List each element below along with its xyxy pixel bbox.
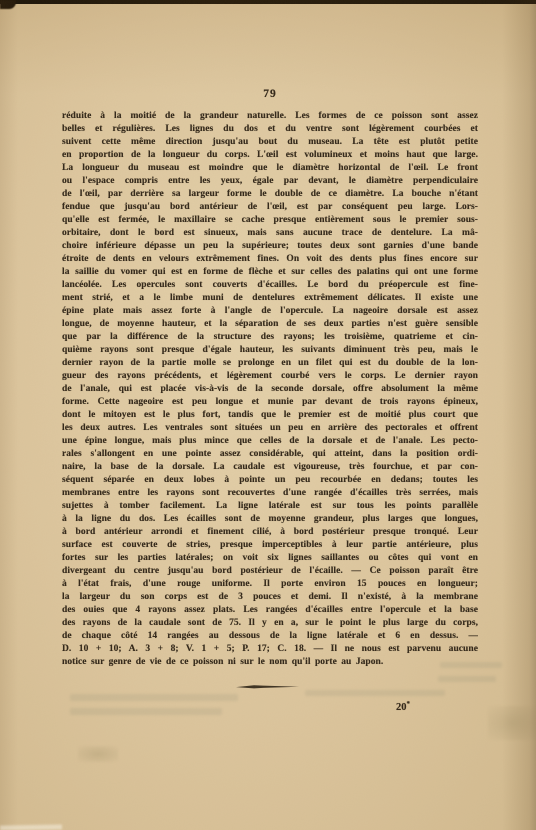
book-page-scan: 79 réduite à la moitié de la grandeur na… [0,0,536,830]
scan-edge-top [0,0,536,4]
text-line: La longueur du museau est moindre que le… [62,162,478,175]
text-line: séquent séparée en deux lobes à pointe u… [62,474,478,487]
text-line: choire inférieure dépasse un peu la supé… [62,240,478,253]
signature-number: 20 [396,702,407,713]
text-line: fortes sur les parties latérales; on voi… [62,552,478,565]
scan-edge-corner [0,0,16,9]
text-line: quième rayons sont presque d'égale haute… [62,344,478,357]
signature-asterisk: * [407,700,411,708]
text-line: de l'œil, par derrière sa largeur forme … [62,188,478,201]
text-line: la largeur du son corps est de 3 pouces … [62,591,478,604]
text-line: les deux autres. Les ventrales sont situ… [62,422,478,435]
text-line: notice sur genre de vie de ce poisson ni… [62,656,478,669]
page-number: 79 [62,88,478,100]
text-line: à bord antérieur arrondi et finement cil… [62,526,478,539]
paper-smudge [488,706,536,740]
text-line: rales s'allongent en une pointe assez co… [62,448,478,461]
text-line: épine plate mais assez forte à l'angle d… [62,305,478,318]
bleedthrough-line [70,694,238,701]
bleedthrough-line [305,690,445,696]
text-line: à la ligne du dos. Les écailles sont de … [62,513,478,526]
bleedthrough-line [438,676,496,682]
text-line: suivent cette même direction jusqu'au bo… [62,136,478,149]
paper-shading-right [502,0,536,830]
paper-shading-left [0,0,18,830]
text-line: la saillie du vomer qui est en forme de … [62,266,478,279]
text-line: que par la différence de la structure de… [62,331,478,344]
text-line: réduite à la moitié de la grandeur natur… [62,110,478,123]
signature-mark: 20* [396,700,410,713]
text-line: en proportion de la longueur du corps. L… [62,149,478,162]
bleedthrough-line [70,708,222,715]
text-line: naire, la base de la dorsale. La caudale… [62,461,478,474]
text-line: des ouies que 4 rayons assez plats. Les … [62,604,478,617]
text-line: longue, de moyenne hauteur, et la sépara… [62,318,478,331]
text-line: D. 10 + 10; A. 3 + 8; V. 1 + 5; P. 17; C… [62,643,478,656]
text-line: membranes entre les rayons sont recouver… [62,487,478,500]
text-line: surface est couverte de stries, presque … [62,539,478,552]
scan-edge-bottom-left [0,824,62,830]
text-line: gueur des rayons précédents, et légèreme… [62,370,478,383]
text-line: belles et régulières. Les lignes du dos … [62,123,478,136]
body-text: réduite à la moitié de la grandeur natur… [62,110,478,669]
text-line: forme. Cette nageoire est peu longue et … [62,396,478,409]
text-line: ou l'espace compris entre les yeux, égal… [62,175,478,188]
end-rule-ornament [236,684,300,690]
text-line: orbitaire, dont le bord est sinueux, mai… [62,227,478,240]
text-line: qu'elle est fermée, le maxillaire se cac… [62,214,478,227]
text-line: divergeant du centre jusqu'au bord posté… [62,565,478,578]
text-line: dont le mitoyen est le plus fort, tandis… [62,409,478,422]
text-line: étroite de dents en velours extrêmement … [62,253,478,266]
text-line: de l'anale, qui est placée vis-à-vis de … [62,383,478,396]
text-line: de chaque côté 14 rangées au dessous de … [62,630,478,643]
text-line: une épine longue, mais plus mince que ce… [62,435,478,448]
text-line: fendue que jusqu'au bord antérieur de l'… [62,201,478,214]
text-line: à l'état frais, d'une rouge uniforme. Il… [62,578,478,591]
paper-smudge [78,746,118,762]
text-line: dernier rayon de la partie molle se prol… [62,357,478,370]
text-line: des rayons de la caudale sont de 75. Il … [62,617,478,630]
text-line: lancéolée. Les opercules sont couverts d… [62,279,478,292]
text-line: ment strié, et a le limbe muni de dentel… [62,292,478,305]
paper-shading-top [0,0,536,95]
text-line: sujettes à tomber facilement. La ligne l… [62,500,478,513]
